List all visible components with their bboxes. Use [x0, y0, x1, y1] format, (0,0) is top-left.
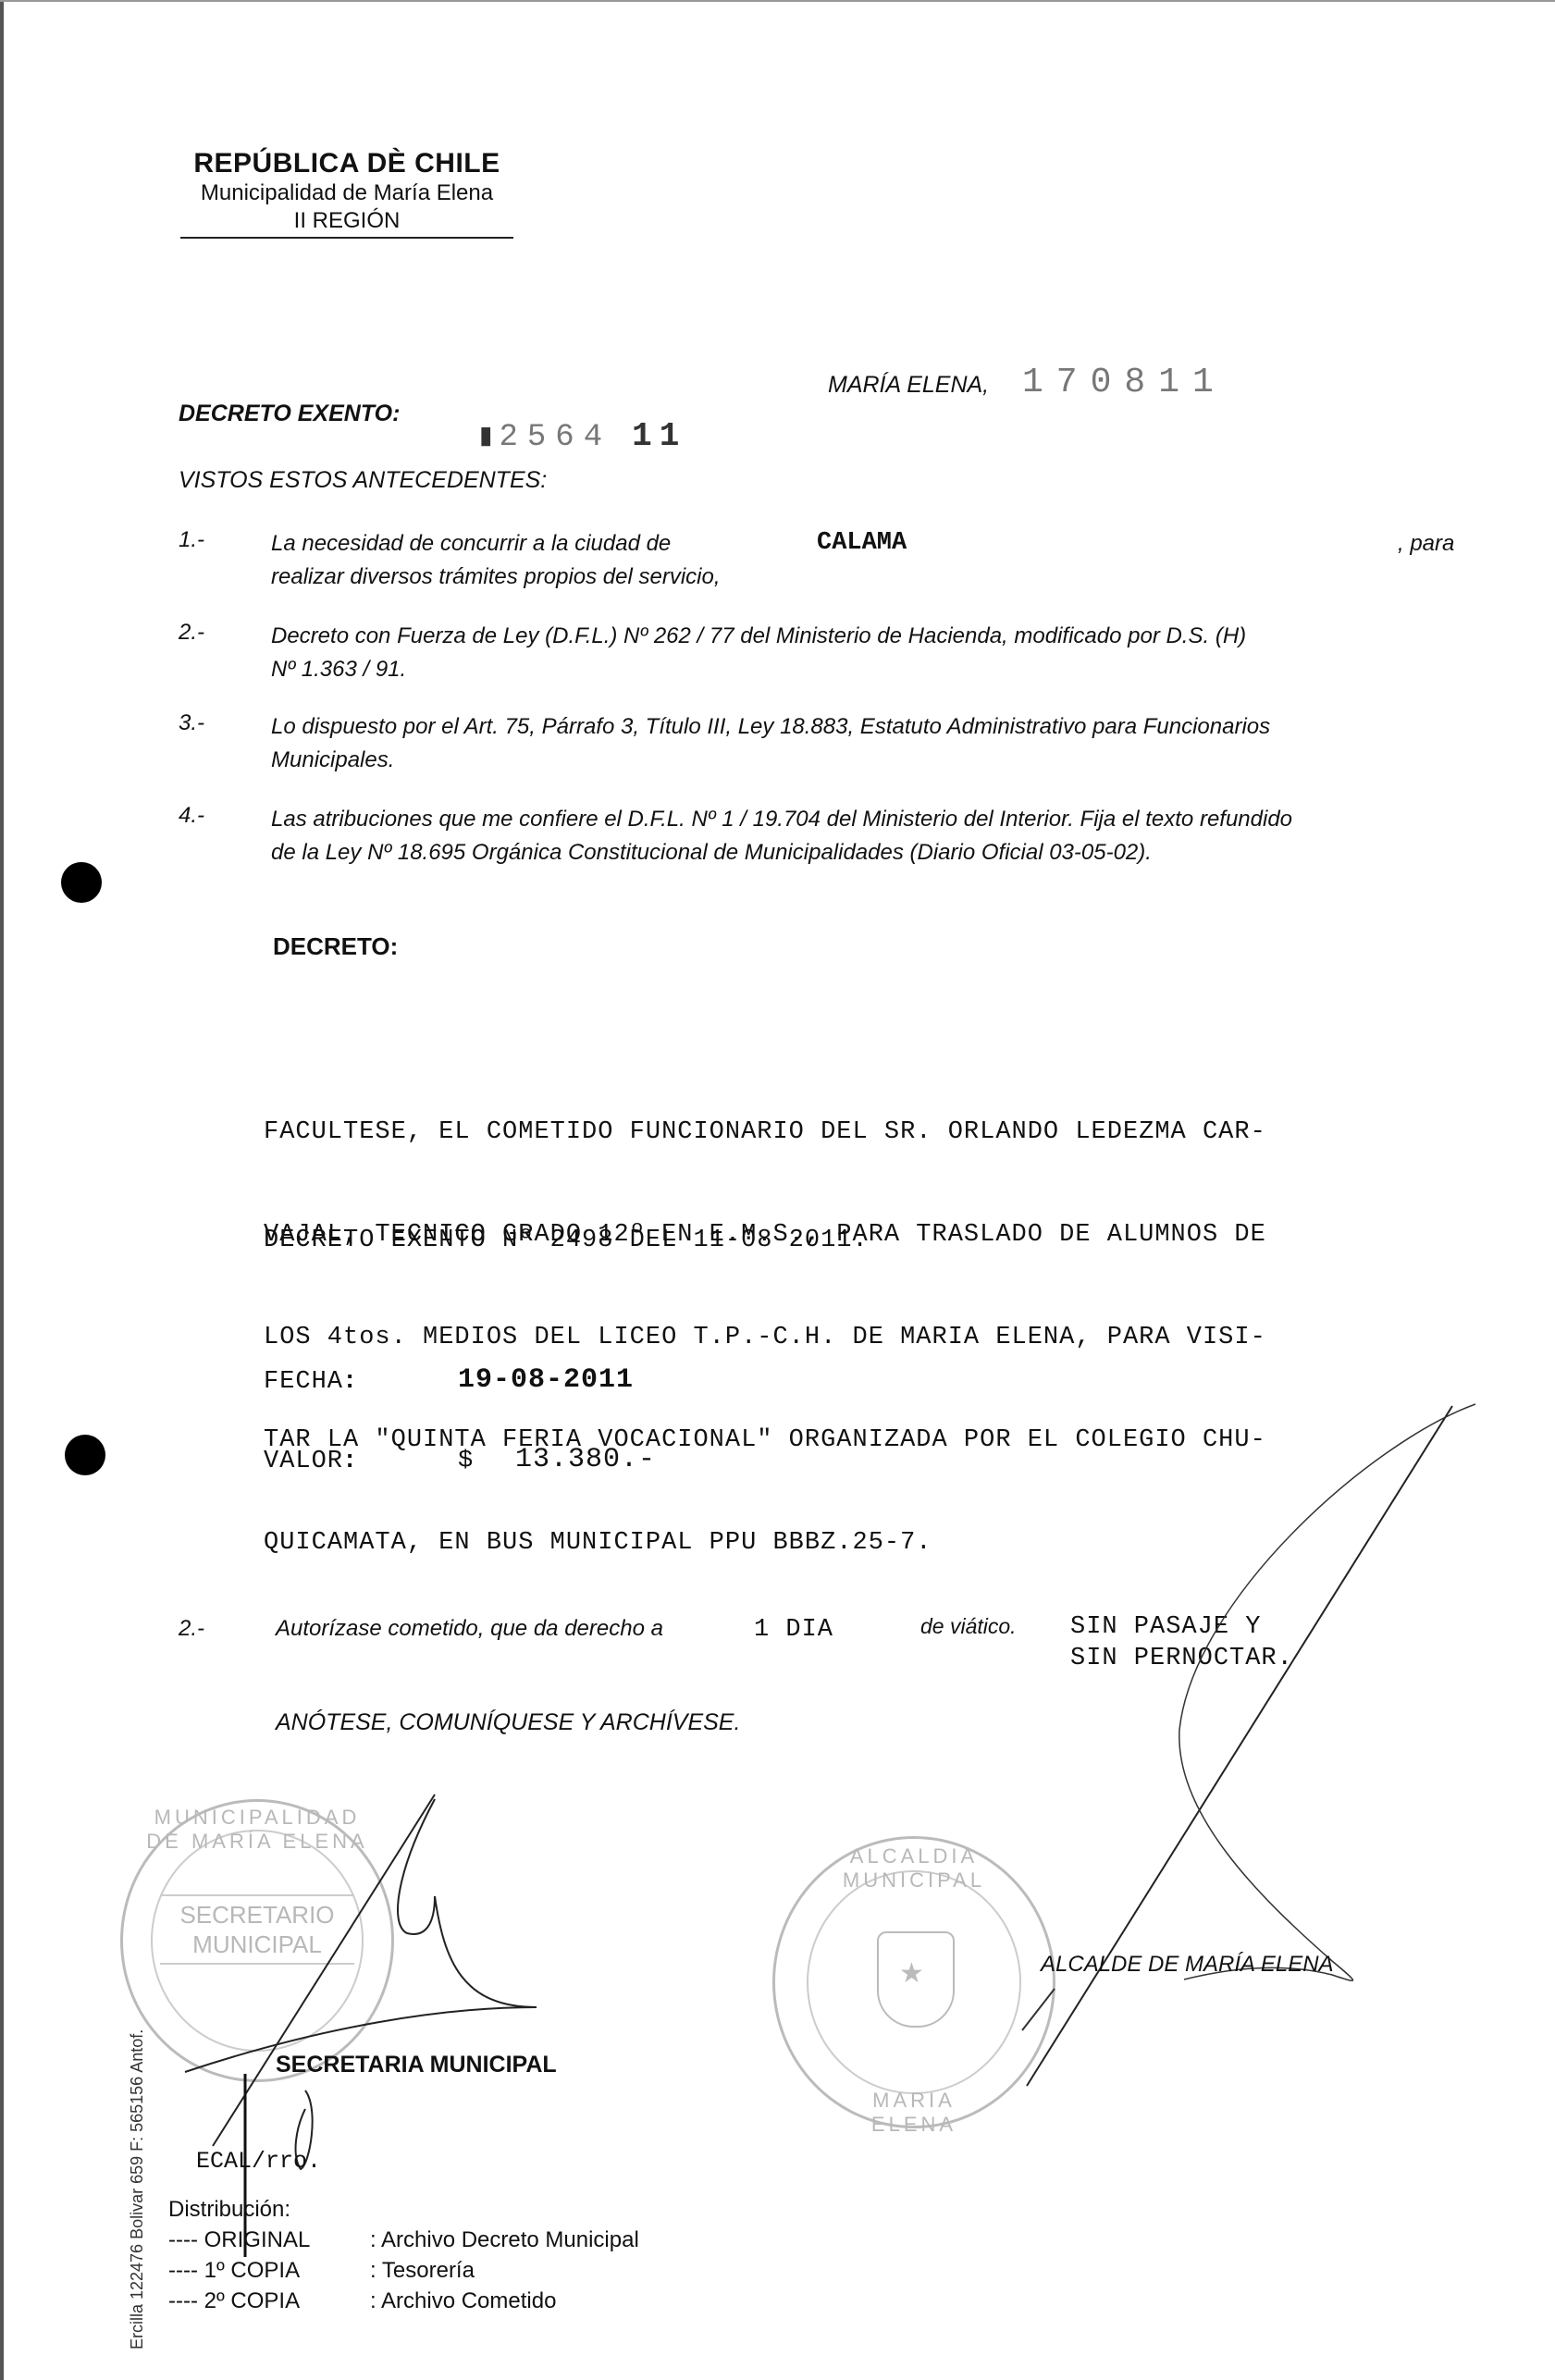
vistos-title: VISTOS ESTOS ANTECEDENTES: — [179, 467, 547, 494]
seal-ring-bottom: MARIA ELENA — [831, 2089, 997, 2137]
viatico-note: SIN PASAJE Y SIN PERNOCTAR. — [1070, 1611, 1293, 1674]
item-text-suffix: , para — [1398, 527, 1454, 561]
printer-imprint: Ercilla 122476 Bolivar 659 F: 565156 Ant… — [128, 2029, 147, 2349]
fecha-label: FECHA — [264, 1365, 343, 1400]
destination-city: CALAMA — [817, 529, 907, 557]
fecha-value: 19-08-2011 — [458, 1363, 634, 1398]
coat-of-arms-icon: ★ — [877, 1931, 955, 2028]
closing-formula: ANÓTESE, COMUNÍQUESE Y ARCHÍVESE. — [276, 1709, 740, 1736]
letterhead: REPÚBLICA DÈ CHILE Municipalidad de Marí… — [180, 148, 513, 239]
decree-number-stamp: ▮ 2564 11 — [476, 416, 686, 455]
stamp-mark: ▮ — [476, 420, 495, 455]
item-text-line2: realizar diversos trámites propios del s… — [271, 561, 721, 594]
item-text-line2: de la Ley Nº 18.695 Orgánica Constitucio… — [271, 836, 1446, 869]
distribution-row: ---- 1º COPIA: Tesorería — [168, 2255, 639, 2286]
punch-hole-bottom — [65, 1435, 105, 1475]
scanned-decree-page: REPÚBLICA DÈ CHILE Municipalidad de Marí… — [0, 0, 1555, 2380]
letterhead-municipality: Municipalidad de María Elena — [180, 179, 513, 207]
scan-edge-left — [0, 0, 4, 2380]
item-number: 2.- — [179, 620, 204, 646]
item-number: 4.- — [179, 803, 204, 829]
seal-ring-top: ALCALDIA MUNICIPAL — [812, 1844, 1016, 1893]
decreto-body-line: FACULTESE, EL COMETIDO FUNCIONARIO DEL S… — [264, 1116, 1266, 1150]
decreto-title: DECRETO: — [273, 932, 398, 961]
decree-exento-label: DECRETO EXENTO: — [179, 401, 400, 427]
seal-text-line2: MUNICIPAL — [160, 1930, 354, 1959]
decreto-body: FACULTESE, EL COMETIDO FUNCIONARIO DEL S… — [264, 1047, 1266, 1629]
letterhead-region: II REGIÓN — [180, 207, 513, 235]
distribution-row: ---- 2º COPIA: Archivo Cometido — [168, 2286, 639, 2316]
valor-currency: $ — [458, 1445, 474, 1479]
letterhead-country: REPÚBLICA DÈ CHILE — [180, 148, 513, 179]
seal-ring-text: MUNICIPALIDAD DE MARÍA ELENA — [142, 1806, 373, 1854]
item-text-line1: Decreto con Fuerza de Ley (D.F.L.) Nº 26… — [271, 620, 1446, 653]
item-number: 1.- — [179, 527, 204, 553]
secretary-signature-title: SECRETARIA MUNICIPAL — [276, 2052, 557, 2078]
viatico-note-line2: SIN PERNOCTAR. — [1070, 1643, 1293, 1674]
distribution-title: Distribución: — [168, 2194, 639, 2225]
decreto-body-line: QUICAMATA, EN BUS MUNICIPAL PPU BBBZ.25-… — [264, 1526, 1266, 1560]
decreto-body-line: TAR LA "QUINTA FERIA VOCACIONAL" ORGANIZ… — [264, 1424, 1266, 1458]
item-text-line1: Lo dispuesto por el Art. 75, Párrafo 3, … — [271, 710, 1446, 744]
item2-number: 2.- — [179, 1616, 204, 1642]
item-text-line2: Nº 1.363 / 91. — [271, 653, 1446, 686]
punch-hole-top — [61, 862, 102, 903]
valor-label: VALOR — [264, 1445, 343, 1479]
secretary-seal: SECRETARIO MUNICIPAL MUNICIPALIDAD DE MA… — [120, 1799, 394, 2082]
typist-initials: ECAL/rro. — [196, 2148, 321, 2175]
mayor-seal: ALCALDIA MUNICIPAL ★ MARIA ELENA — [772, 1836, 1055, 2128]
place-label: MARÍA ELENA, — [828, 372, 989, 399]
mayor-signature-title: ALCALDE DE MARÍA ELENA — [1041, 1952, 1334, 1978]
letterhead-rule — [180, 237, 513, 239]
decreto-reference: DECRETO EXENTO Nº 2498 DEL 11-08-2011. — [264, 1224, 869, 1258]
distribution-row: ---- ORIGINAL: Archivo Decreto Municipal — [168, 2225, 639, 2255]
decree-year: 11 — [632, 417, 686, 455]
decree-number: 2564 — [499, 420, 611, 455]
item-text-line2: Municipales. — [271, 744, 1446, 777]
item-text: La necesidad de concurrir a la ciudad de — [271, 527, 671, 561]
valor-value: 13.380.- — [515, 1443, 656, 1477]
viatico-days: 1 DIA — [754, 1613, 833, 1647]
fecha-separator: : — [342, 1365, 358, 1400]
item-text-line1: Las atribuciones que me confiere el D.F.… — [271, 803, 1446, 836]
date-stamp: 170811 — [1022, 363, 1227, 402]
item2-text: Autorízase cometido, que da derecho a — [276, 1616, 663, 1642]
viatico-note-line1: SIN PASAJE Y — [1070, 1611, 1293, 1643]
distribution-list: Distribución: ---- ORIGINAL: Archivo Dec… — [168, 2194, 639, 2316]
item-number: 3.- — [179, 710, 204, 736]
seal-text-line1: SECRETARIO — [160, 1900, 354, 1930]
scan-edge-top — [0, 0, 1555, 2]
valor-separator: : — [342, 1445, 358, 1479]
viatico-label: de viático. — [920, 1614, 1017, 1639]
decreto-body-line: LOS 4tos. MEDIOS DEL LICEO T.P.-C.H. DE … — [264, 1321, 1266, 1355]
